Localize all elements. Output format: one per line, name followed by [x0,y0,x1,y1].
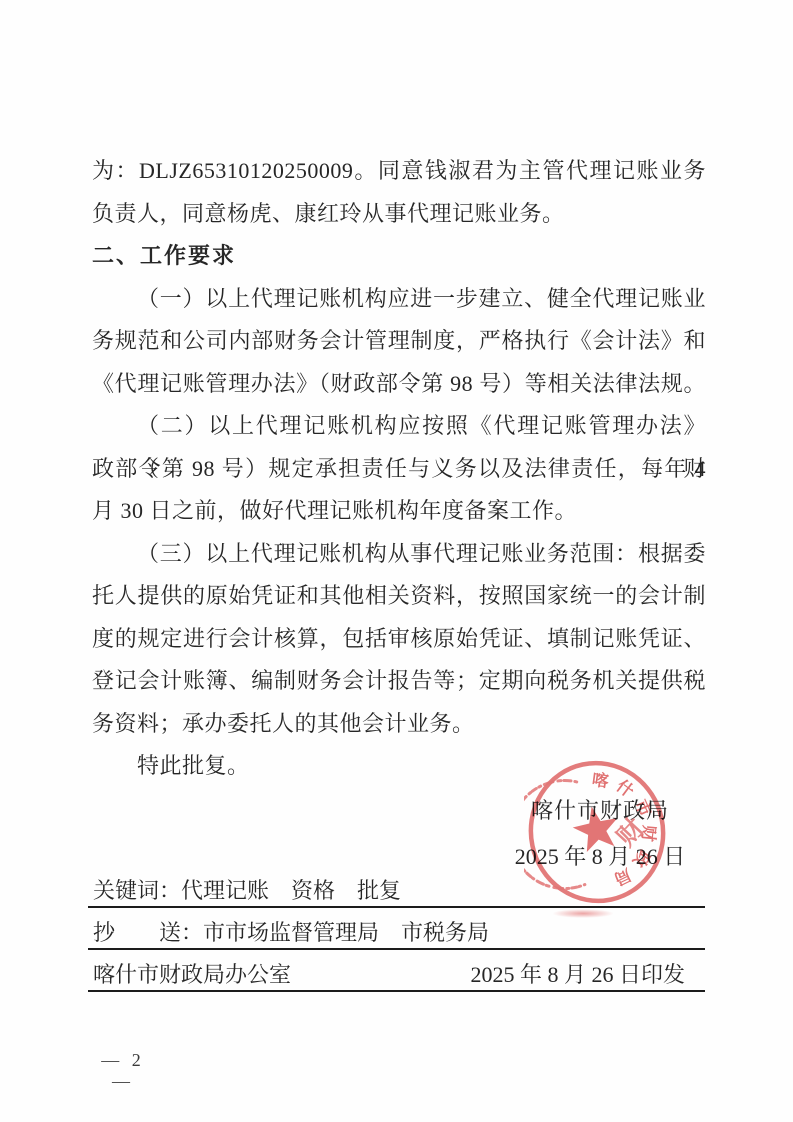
keywords-value: 代理记账 资格 批复 [181,878,401,903]
text-line: （一）以上代理记账机构应进一步建立、健全代理记账业 [92,278,706,321]
text-line: 负责人，同意杨虎、康红玲从事代理记账业务。 [92,193,706,236]
text-line: 《代理记账管理办法》（财政部令第 98 号）等相关法律法规。 [92,363,706,406]
text-line: 月 30 日之前，做好代理记账机构年度备案工作。 [92,490,706,533]
issuer-name: 喀什市财政局办公室 [88,960,291,990]
text-line: （三）以上代理记账机构从事代理记账业务范围：根据委 [92,533,706,576]
keywords-label: 关键词： [88,878,181,903]
cc-label: 抄 送： [88,920,203,945]
print-date: 2025 年 8 月 26 日印发 [470,960,685,990]
document-page: 为：DLJZ65310120250009。同意钱淑君为主管代理记账业务 负责人，… [0,0,793,1122]
keywords-row: 关键词：代理记账 资格 批复 [88,876,705,908]
issuer-row: 喀什市财政局办公室 2025 年 8 月 26 日印发 [88,960,705,992]
text-line: 托人提供的原始凭证和其他相关资料，按照国家统一的会计制 [92,575,706,618]
text-line: 务规范和公司内部财务会计管理制度，严格执行《会计法》和 [92,320,706,363]
text-line: 务资料；承办委托人的其他会计业务。 [92,703,706,746]
cc-value: 市市场监督管理局 市税务局 [203,920,489,945]
cc-row: 抄 送：市市场监督管理局 市税务局 [88,918,705,950]
seal-ink-smudge [552,909,614,918]
text-line: 政部令第 98 号）规定承担责任与义务以及法律责任，每年 4 [92,448,706,491]
page-number: — 2 — [88,1050,158,1092]
text-line: 为：DLJZ65310120250009。同意钱淑君为主管代理记账业务 [92,150,706,193]
text-line: 度的规定进行会计核算，包括审核原始凭证、填制记账凭证、 [92,618,706,661]
text-line: 登记会计账簿、编制财务会计报告等；定期向税务机关提供税 [92,660,706,703]
section-heading: 二、工作要求 [92,235,706,278]
text-line: （二）以上代理记账机构应按照《代理记账管理办法》（财 [92,405,706,448]
document-body: 为：DLJZ65310120250009。同意钱淑君为主管代理记账业务 负责人，… [92,150,706,788]
